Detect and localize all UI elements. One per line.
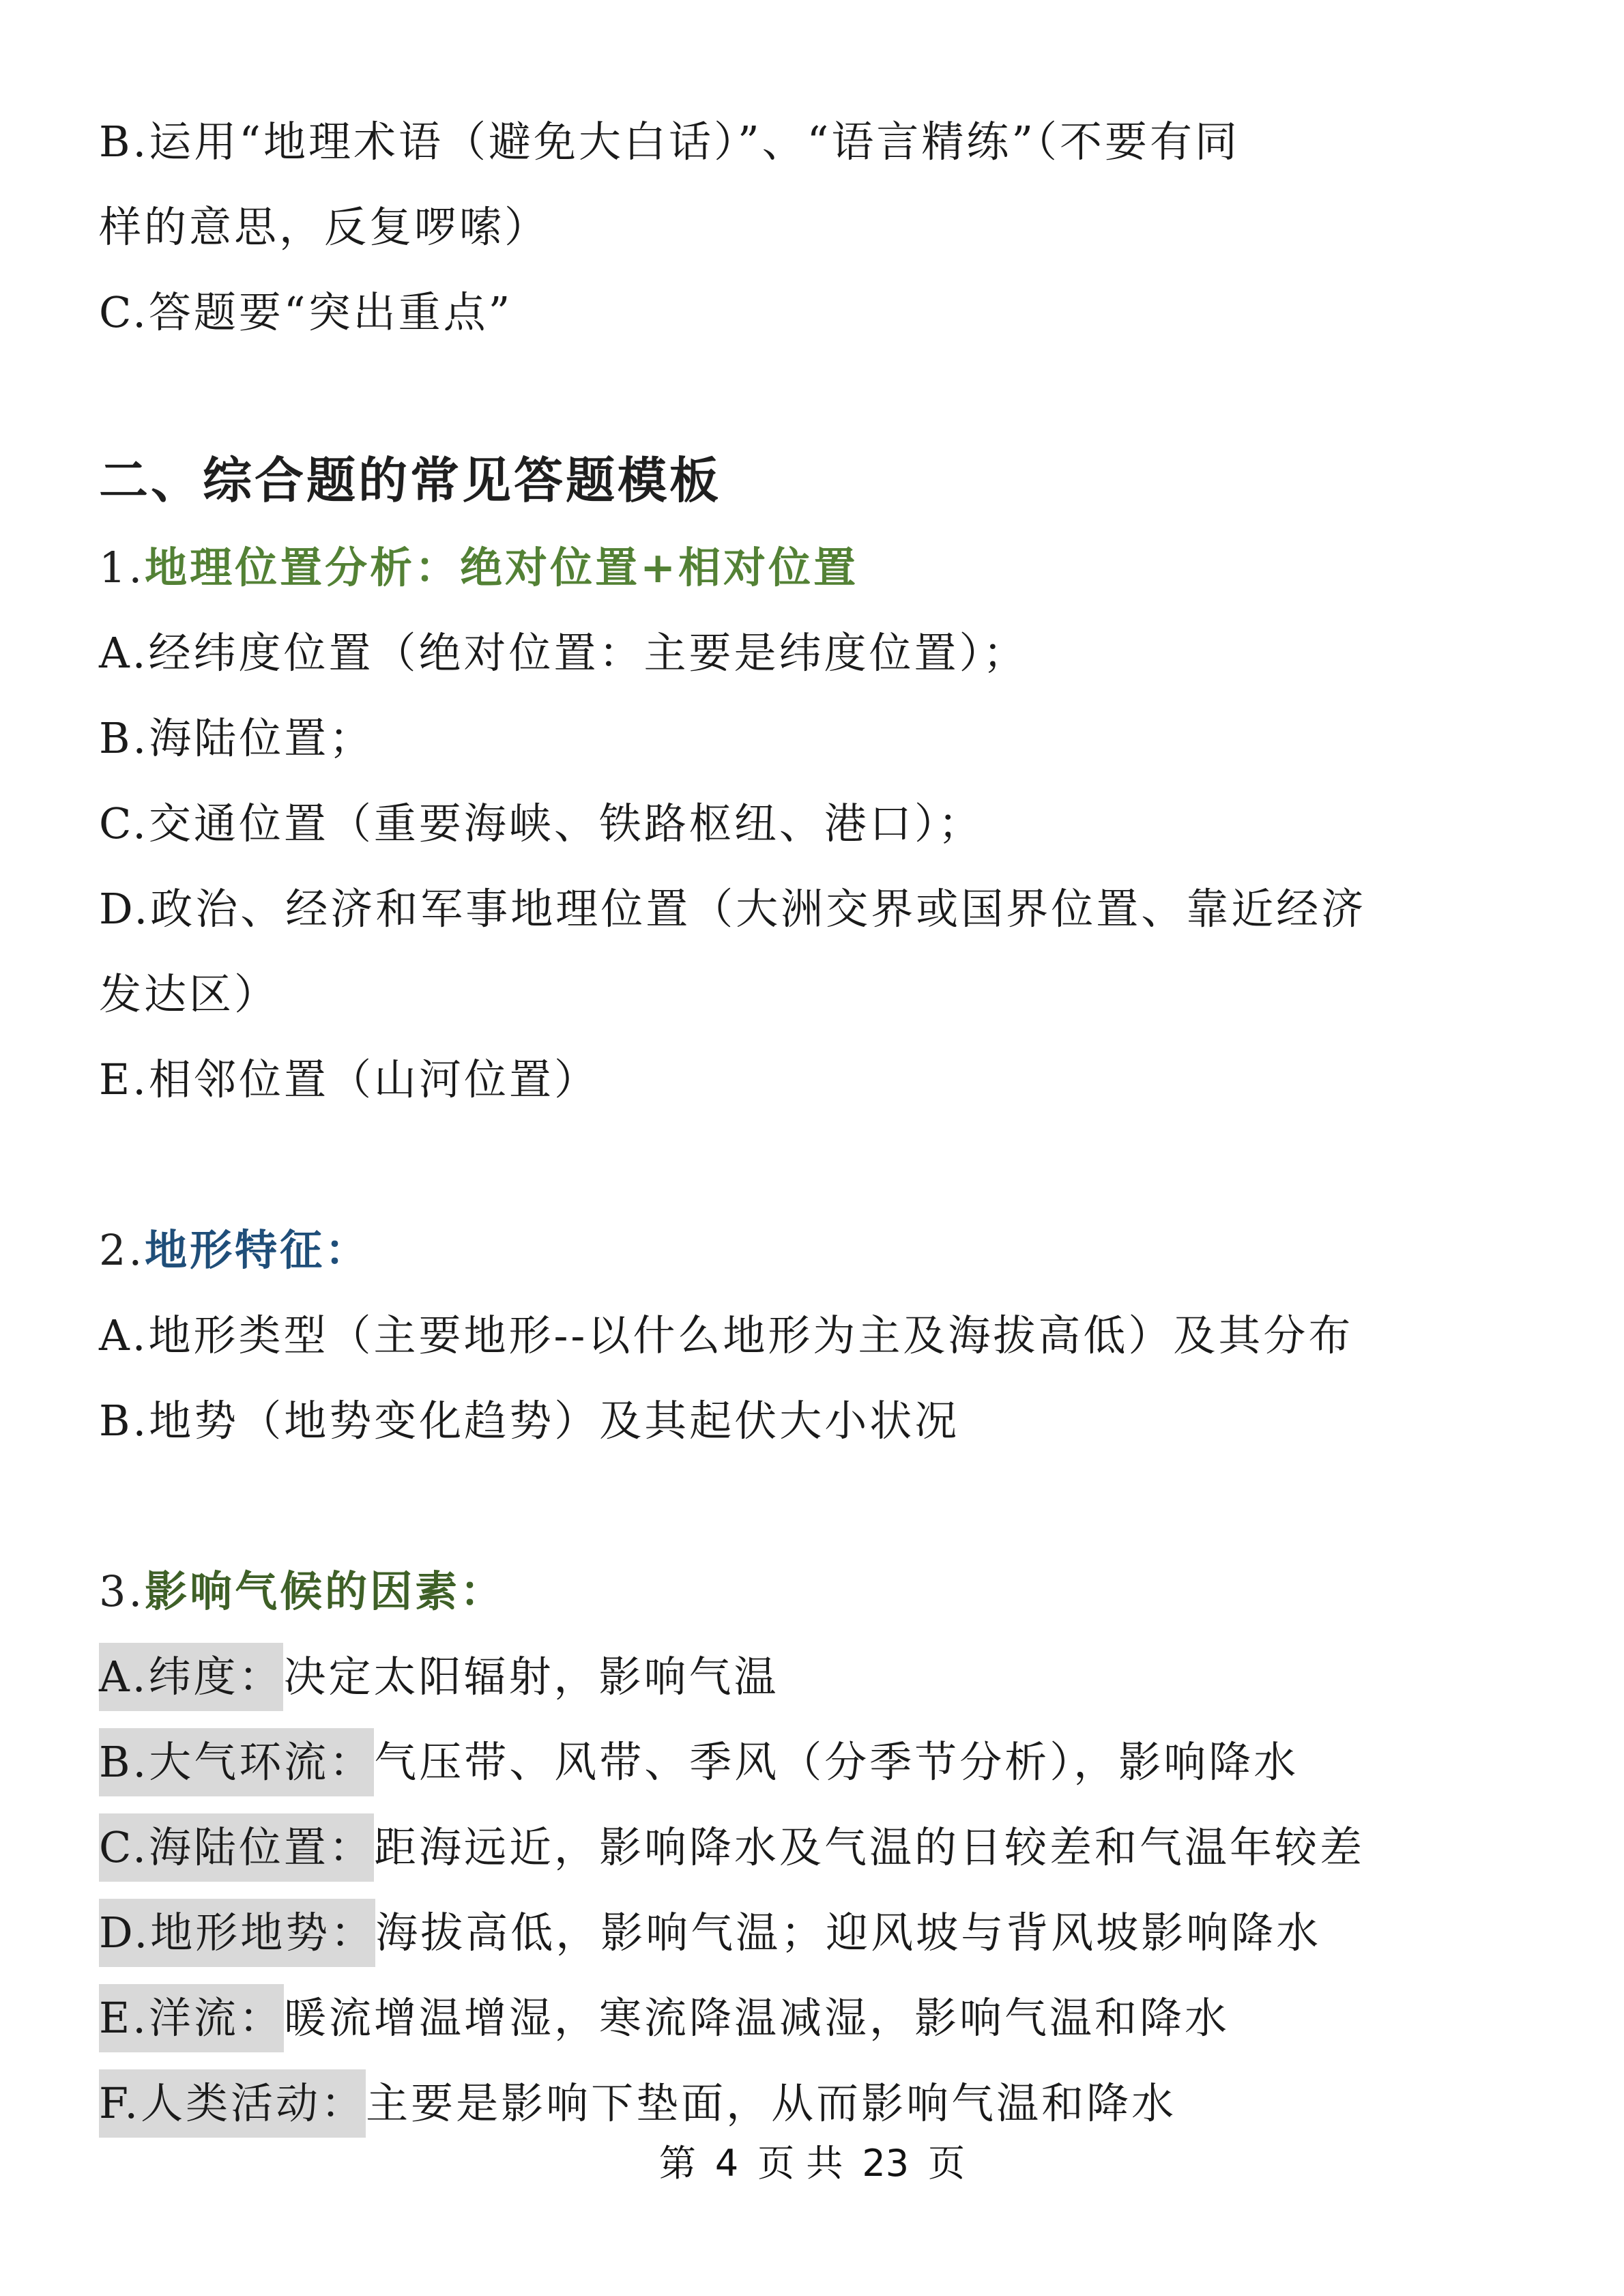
- climate-factor-row: B.大气环流：气压带、风带、季风（分季节分析），影响降水: [99, 1735, 1299, 1796]
- climate-factor-row: F.人类活动：主要是影响下垫面，从而影响气温和降水: [99, 2076, 1176, 2138]
- climate-factor-row: D.地形地势：海拔高低，影响气温；迎风坡与背风坡影响降水: [99, 1906, 1321, 1967]
- section1-item: A.经纬度位置（绝对位置：主要是纬度位置）；: [99, 626, 1028, 680]
- climate-factor-row: C.海陆位置：距海远近，影响降水及气温的日较差和气温年较差: [99, 1820, 1365, 1882]
- section1-item: B.海陆位置；: [99, 711, 374, 766]
- footer-middle: 页 共: [757, 2142, 843, 2185]
- factor-label-highlight: B.大气环流：: [99, 1728, 374, 1796]
- factor-label-highlight: F.人类活动：: [99, 2069, 366, 2138]
- section2-heading: 2.地形特征：: [99, 1223, 370, 1278]
- factor-description: 气压带、风带、季风（分季节分析），影响降水: [374, 1737, 1299, 1787]
- section2-number: 2.: [99, 1225, 145, 1275]
- factor-description: 决定太阳辐射，影响气温: [283, 1652, 779, 1702]
- section2-title: 地形特征：: [145, 1225, 370, 1275]
- section2-item: B.地势（地势变化趋势）及其起伏大小状况: [99, 1394, 959, 1448]
- section-heading: 二、综合题的常见答题模板: [99, 453, 721, 508]
- footer-suffix: 页: [928, 2142, 965, 2185]
- section1-item: D.政治、经济和军事地理位置（大洲交界或国界位置、靠近经济: [99, 882, 1366, 936]
- factor-description: 海拔高低，影响气温；迎风坡与背风坡影响降水: [375, 1908, 1321, 1957]
- factor-description: 暖流增温增湿，寒流降温减湿，影响气温和降水: [284, 1993, 1230, 2043]
- section1-item: E.相邻位置（山河位置）: [99, 1052, 599, 1107]
- section1-number: 1.: [99, 543, 145, 592]
- factor-label-highlight: E.洋流：: [99, 1984, 284, 2052]
- section1-item: C.交通位置（重要海峡、铁路枢纽、港口）；: [99, 797, 983, 851]
- factor-description: 距海远近，影响降水及气温的日较差和气温年较差: [374, 1822, 1365, 1872]
- current-page-number: 4: [715, 2142, 738, 2185]
- climate-factor-row: E.洋流：暖流增温增湿，寒流降温减湿，影响气温和降水: [99, 1991, 1230, 2052]
- intro-line-c: C.答题要“突出重点”: [99, 285, 512, 340]
- factor-description: 主要是影响下垫面，从而影响气温和降水: [366, 2078, 1176, 2128]
- section3-title: 影响气候的因素：: [145, 1566, 505, 1616]
- section3-heading: 3.影响气候的因素：: [99, 1564, 505, 1619]
- climate-factor-row: A.纬度：决定太阳辐射，影响气温: [99, 1650, 779, 1711]
- section2-item: A.地形类型（主要地形--以什么地形为主及海拔高低）及其分布: [99, 1308, 1353, 1363]
- section1-item: 发达区）: [99, 967, 279, 1022]
- page-footer: 第4页 共23页: [0, 2140, 1624, 2187]
- section1-title: 地理位置分析：绝对位置+相对位置: [145, 543, 858, 592]
- factor-label-highlight: C.海陆位置：: [99, 1813, 374, 1882]
- document-page: B.运用“地理术语（避免大白话）”、“语言精练”（不要有同 样的意思，反复啰嗦）…: [0, 0, 1624, 2296]
- factor-label-highlight: A.纬度：: [99, 1643, 283, 1711]
- intro-line-b: B.运用“地理术语（避免大白话）”、“语言精练”（不要有同: [99, 115, 1240, 169]
- section1-heading: 1.地理位置分析：绝对位置+相对位置: [99, 541, 858, 595]
- section3-number: 3.: [99, 1566, 145, 1616]
- footer-prefix: 第: [659, 2142, 696, 2185]
- factor-label-highlight: D.地形地势：: [99, 1899, 375, 1967]
- total-pages-number: 23: [862, 2142, 909, 2185]
- intro-line-b-cont: 样的意思，反复啰嗦）: [99, 200, 549, 255]
